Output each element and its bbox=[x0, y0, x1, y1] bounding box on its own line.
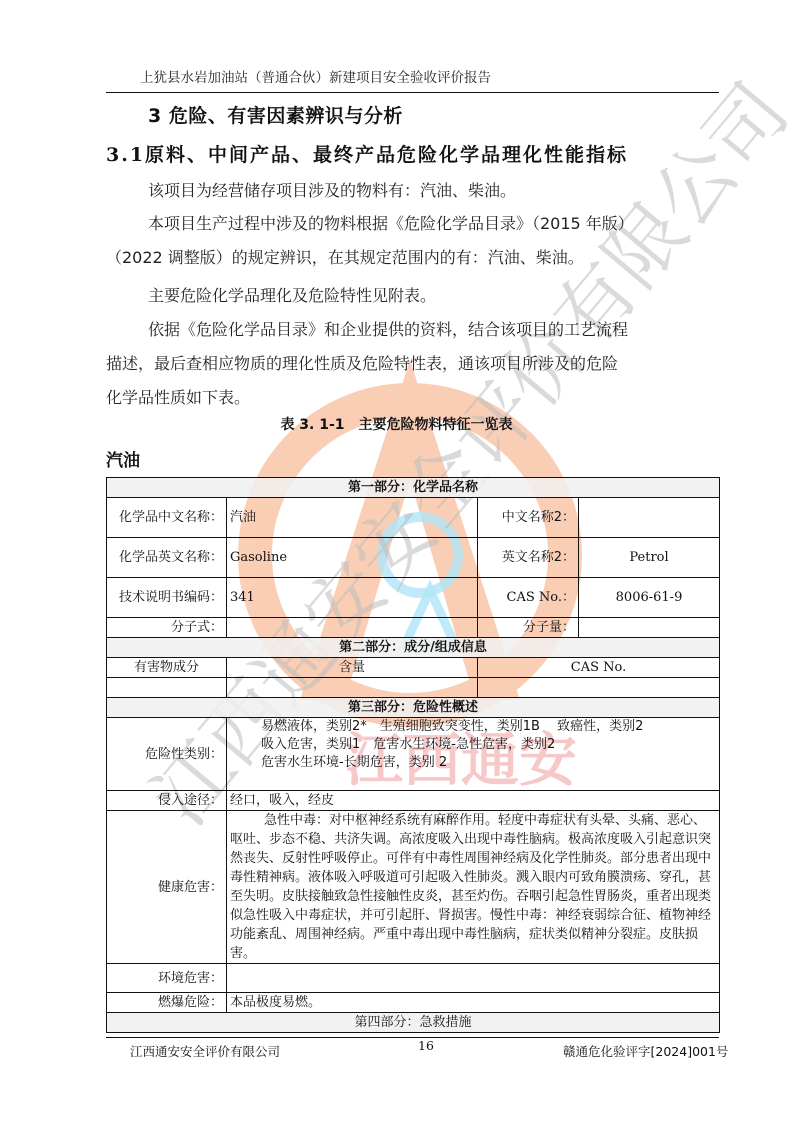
value-formula bbox=[227, 618, 478, 638]
value-en-name: Gasoline bbox=[227, 538, 478, 578]
header-content: 含量 bbox=[227, 658, 478, 678]
label-formula: 分子式： bbox=[107, 618, 227, 638]
label-fire-hazard: 燃爆危险： bbox=[107, 993, 227, 1013]
section-header-row: 第三部分：危险性概述 bbox=[107, 698, 720, 718]
section-header-row: 第二部分：成分/组成信息 bbox=[107, 638, 720, 658]
hazard-class-line: 易燃液体，类别2* 生殖细胞致突变性，类别1B 致癌性，类别2 bbox=[261, 718, 716, 736]
table-caption: 表 3. 1-1 主要危险物料特征一览表 bbox=[0, 414, 793, 434]
table-row: 化学品英文名称： Gasoline 英文名称2： Petrol bbox=[107, 538, 720, 578]
section-header-row: 第一部分：化学品名称 bbox=[107, 478, 720, 498]
part1-title: 第一部分：化学品名称 bbox=[107, 478, 720, 498]
table-row: 化学品中文名称： 汽油 中文名称2： bbox=[107, 498, 720, 538]
chapter-title: 3 危险、有害因素辨识与分析 bbox=[148, 101, 403, 128]
table-row: 技术说明书编码： 341 CAS No.： 8006-61-9 bbox=[107, 578, 720, 618]
label-mol-weight: 分子量： bbox=[478, 618, 579, 638]
table-row: 有害物成分 含量 CAS No. bbox=[107, 658, 720, 678]
section-title: 3.1原料、中间产品、最终产品危险化学品理化性能指标 bbox=[106, 140, 628, 167]
value-fire-hazard: 本品极度易燃。 bbox=[227, 993, 720, 1013]
msds-table: 第一部分：化学品名称 化学品中文名称： 汽油 中文名称2： 化学品英文名称： G… bbox=[106, 477, 720, 1033]
value-health-hazard: 急性中毒：对中枢神经系统有麻醉作用。轻度中毒症状有头晕、头痛、恶心、呕吐、步态不… bbox=[227, 811, 720, 964]
document-page: 上犹县水岩加油站（普通合伙）新建项目安全验收评价报告 3 危险、有害因素辨识与分… bbox=[0, 0, 793, 1122]
cell-cas bbox=[478, 678, 720, 698]
label-cas-no: CAS No.： bbox=[478, 578, 579, 618]
cell-content bbox=[227, 678, 478, 698]
paragraph-line: 主要危险化学品理化及危险特性见附表。 bbox=[148, 283, 436, 306]
header-cas: CAS No. bbox=[478, 658, 720, 678]
table-row: 环境危害： bbox=[107, 964, 720, 993]
value-en-name-2: Petrol bbox=[579, 538, 720, 578]
hazard-class-line: 危害水生环境-长期危害，类别 2 bbox=[261, 754, 716, 772]
cell-component bbox=[107, 678, 227, 698]
value-mol-weight bbox=[579, 618, 720, 638]
table-row: 分子式： 分子量： bbox=[107, 618, 720, 638]
part2-title: 第二部分：成分/组成信息 bbox=[107, 638, 720, 658]
label-tech-code: 技术说明书编码： bbox=[107, 578, 227, 618]
part4-title: 第四部分：急救措施 bbox=[107, 1013, 720, 1033]
value-hazard-class: 易燃液体，类别2* 生殖细胞致突变性，类别1B 致癌性，类别2 吸入危害，类别1… bbox=[227, 718, 720, 791]
table-row: 侵入途径： 经口，吸入，经皮 bbox=[107, 791, 720, 811]
paragraph-line: 依据《危险化学品目录》和企业提供的资料，结合该项目的工艺流程 bbox=[148, 317, 628, 340]
value-exposure-route: 经口，吸入，经皮 bbox=[227, 791, 720, 811]
material-name: 汽油 bbox=[106, 446, 140, 471]
value-cn-name: 汽油 bbox=[227, 498, 478, 538]
paragraph-line: 描述，最后查相应物质的理化性质及危险特性表，通该项目所涉及的危险 bbox=[106, 351, 618, 374]
hazard-class-line: 吸入危害，类别1 危害水生环境-急性危害，类别2 bbox=[261, 736, 716, 754]
running-header: 上犹县水岩加油站（普通合伙）新建项目安全验收评价报告 bbox=[140, 66, 491, 86]
paragraph-line: 该项目为经营储存项目涉及的物料有：汽油、柴油。 bbox=[148, 178, 516, 201]
page-number: 16 bbox=[418, 1038, 434, 1053]
paragraph-line: （2022 调整版）的规定辨识，在其规定范围内的有：汽油、柴油。 bbox=[106, 245, 584, 268]
table-row: 健康危害： 急性中毒：对中枢神经系统有麻醉作用。轻度中毒症状有头晕、头痛、恶心、… bbox=[107, 811, 720, 964]
label-health-hazard: 健康危害： bbox=[107, 811, 227, 964]
table-row: 燃爆危险： 本品极度易燃。 bbox=[107, 993, 720, 1013]
label-en-name-2: 英文名称2： bbox=[478, 538, 579, 578]
header-component: 有害物成分 bbox=[107, 658, 227, 678]
label-exposure-route: 侵入途径： bbox=[107, 791, 227, 811]
label-en-name: 化学品英文名称： bbox=[107, 538, 227, 578]
part3-title: 第三部分：危险性概述 bbox=[107, 698, 720, 718]
footer-doc-code: 赣通危化验评字[2024]001号 bbox=[563, 1042, 728, 1060]
header-divider bbox=[106, 92, 719, 93]
value-cas-no: 8006-61-9 bbox=[579, 578, 720, 618]
label-cn-name: 化学品中文名称： bbox=[107, 498, 227, 538]
table-row: 危险性类别： 易燃液体，类别2* 生殖细胞致突变性，类别1B 致癌性，类别2 吸… bbox=[107, 718, 720, 791]
footer-divider bbox=[106, 1037, 719, 1038]
label-cn-name-2: 中文名称2： bbox=[478, 498, 579, 538]
label-hazard-class: 危险性类别： bbox=[107, 718, 227, 791]
paragraph-line: 化学品性质如下表。 bbox=[106, 385, 250, 408]
section-header-row: 第四部分：急救措施 bbox=[107, 1013, 720, 1033]
table-row bbox=[107, 678, 720, 698]
label-env-hazard: 环境危害： bbox=[107, 964, 227, 993]
value-env-hazard bbox=[227, 964, 720, 993]
footer-company: 江西通安安全评价有限公司 bbox=[130, 1042, 280, 1060]
paragraph-line: 本项目生产过程中涉及的物料根据《危险化学品目录》（2015 年版） bbox=[148, 211, 634, 234]
value-tech-code: 341 bbox=[227, 578, 478, 618]
value-cn-name-2 bbox=[579, 498, 720, 538]
